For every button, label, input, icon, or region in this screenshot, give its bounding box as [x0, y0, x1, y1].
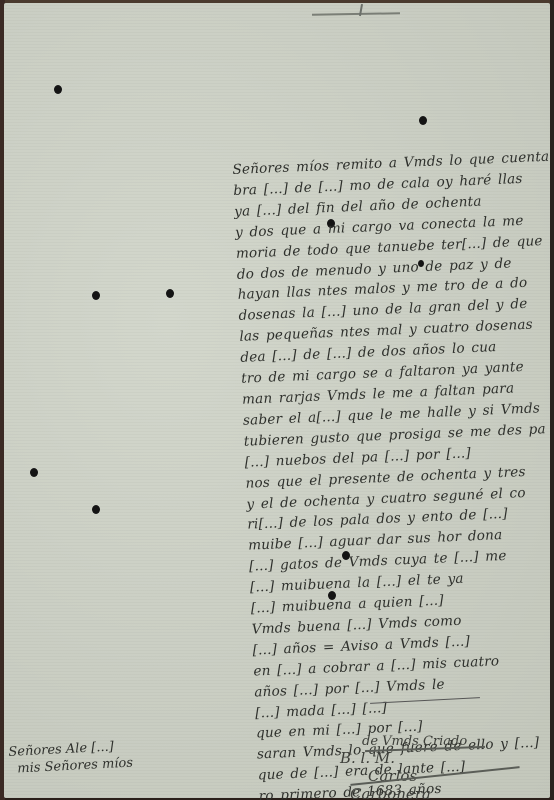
ink-dot	[419, 116, 427, 125]
closing-blm: B. l. M.	[340, 749, 540, 767]
ink-dot	[54, 85, 62, 94]
ink-dot	[30, 468, 38, 477]
ink-dot	[166, 289, 174, 298]
ink-dot	[92, 505, 100, 514]
signature-surname: Carbonera	[340, 785, 540, 800]
ink-dot	[92, 291, 100, 300]
